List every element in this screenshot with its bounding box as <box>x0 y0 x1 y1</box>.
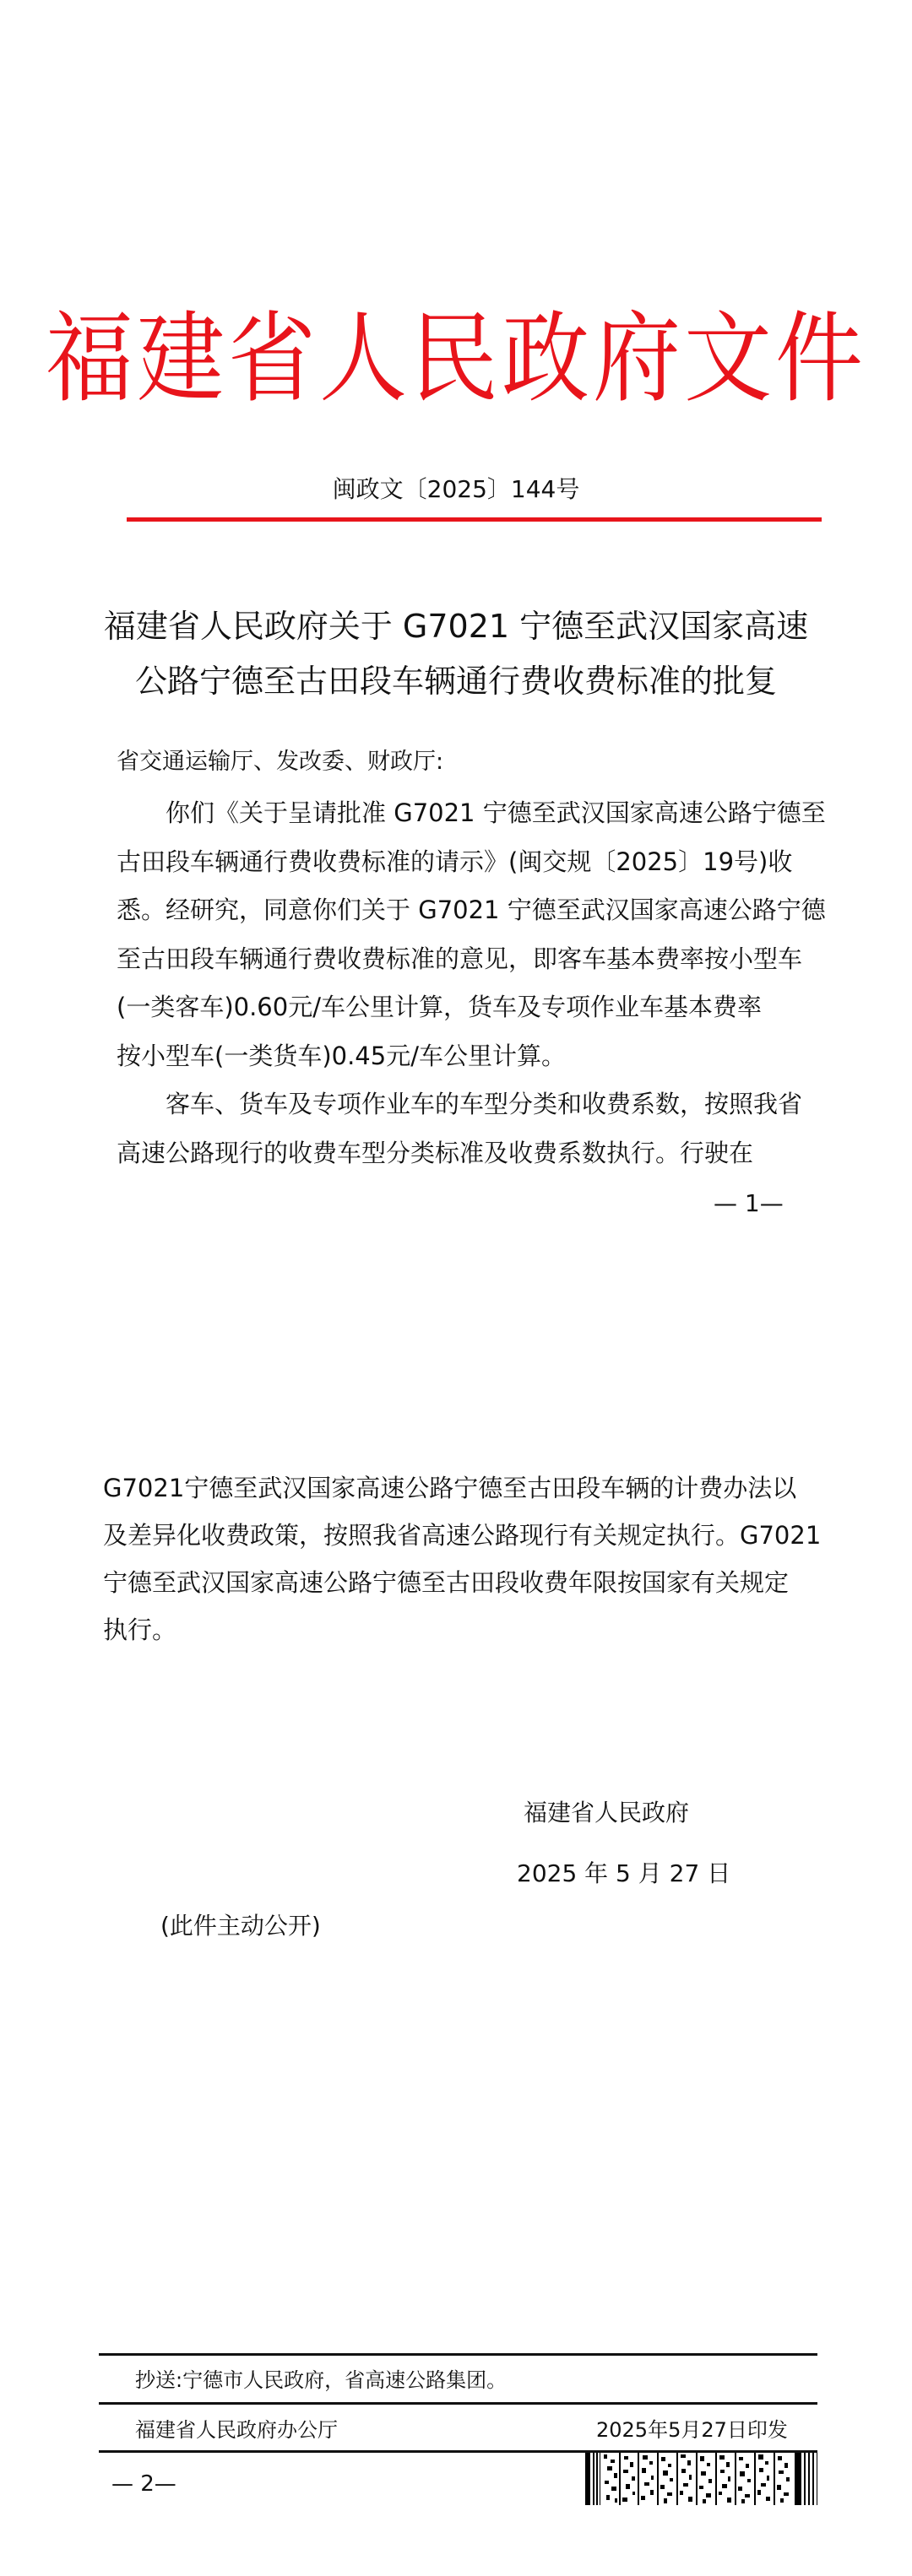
page-number-1: — 1— <box>714 1187 784 1220</box>
red-divider <box>127 517 822 522</box>
footer-rule-top <box>99 2353 817 2356</box>
footer-rule-middle <box>99 2402 817 2405</box>
heading-line-2: 公路宁德至古田段车辆通行费收费标准的批复 <box>0 654 912 709</box>
masthead-title: 福建省人民政府文件 <box>0 297 912 420</box>
body-paragraph-1: 你们《关于呈请批准 G7021 宁德至武汉国家高速公路宁德至 古田段车辆通行费收… <box>117 789 811 1080</box>
text-line: 宁德至武汉国家高速公路宁德至古田段收费年限按国家有关规定 <box>103 1559 779 1606</box>
page-number-2: — 2— <box>111 2469 176 2499</box>
salutation: 省交通运输厅、发改委、财政厅: <box>117 745 443 779</box>
text-line: G7021宁德至武汉国家高速公路宁德至古田段车辆的计费办法以 <box>103 1464 779 1512</box>
signature-date: 2025 年 5 月 27 日 <box>517 1857 730 1891</box>
barcode-icon <box>585 2453 823 2505</box>
text-line: 按小型车(一类货车)0.45元/车公里计算。 <box>117 1032 811 1081</box>
body-paragraph-2: 客车、货车及专项作业车的车型分类和收费系数，按照我省 高速公路现行的收费车型分类… <box>117 1080 811 1177</box>
signature-org: 福建省人民政府 <box>524 1796 689 1830</box>
text-line: (一类客车)0.60元/车公里计算，货车及专项作业车基本费率 <box>117 983 811 1032</box>
text-line: 及差异化收费政策，按照我省高速公路现行有关规定执行。G7021 <box>103 1512 779 1559</box>
text-line: 古田段车辆通行费收费标准的请示》(闽交规〔2025〕19号)收 <box>117 838 811 887</box>
document-heading: 福建省人民政府关于 G7021 宁德至武汉国家高速 公路宁德至古田段车辆通行费收… <box>0 599 912 709</box>
text-line: 高速公路现行的收费车型分类标准及收费系数执行。行驶在 <box>117 1129 811 1178</box>
issue-date: 2025年5月27日印发 <box>596 2416 788 2444</box>
cc-line: 抄送:宁德市人民政府，省高速公路集团。 <box>135 2366 507 2395</box>
text-line: 至古田段车辆通行费收费标准的意见，即客车基本费率按小型车 <box>117 935 811 984</box>
text-line: 客车、货车及专项作业车的车型分类和收费系数，按照我省 <box>117 1080 811 1129</box>
text-line: 执行。 <box>103 1606 779 1653</box>
document-number: 闽政文〔2025〕144号 <box>0 473 912 506</box>
text-line: 悉。经研究，同意你们关于 G7021 宁德至武汉国家高速公路宁德 <box>117 886 811 935</box>
disclosure-note: (此件主动公开) <box>160 1909 321 1943</box>
text-line: 你们《关于呈请批准 G7021 宁德至武汉国家高速公路宁德至 <box>117 789 811 838</box>
body-paragraph-page2: G7021宁德至武汉国家高速公路宁德至古田段车辆的计费办法以 及差异化收费政策，… <box>103 1464 779 1653</box>
issuing-office: 福建省人民政府办公厅 <box>135 2416 338 2444</box>
heading-line-1: 福建省人民政府关于 G7021 宁德至武汉国家高速 <box>0 599 912 654</box>
